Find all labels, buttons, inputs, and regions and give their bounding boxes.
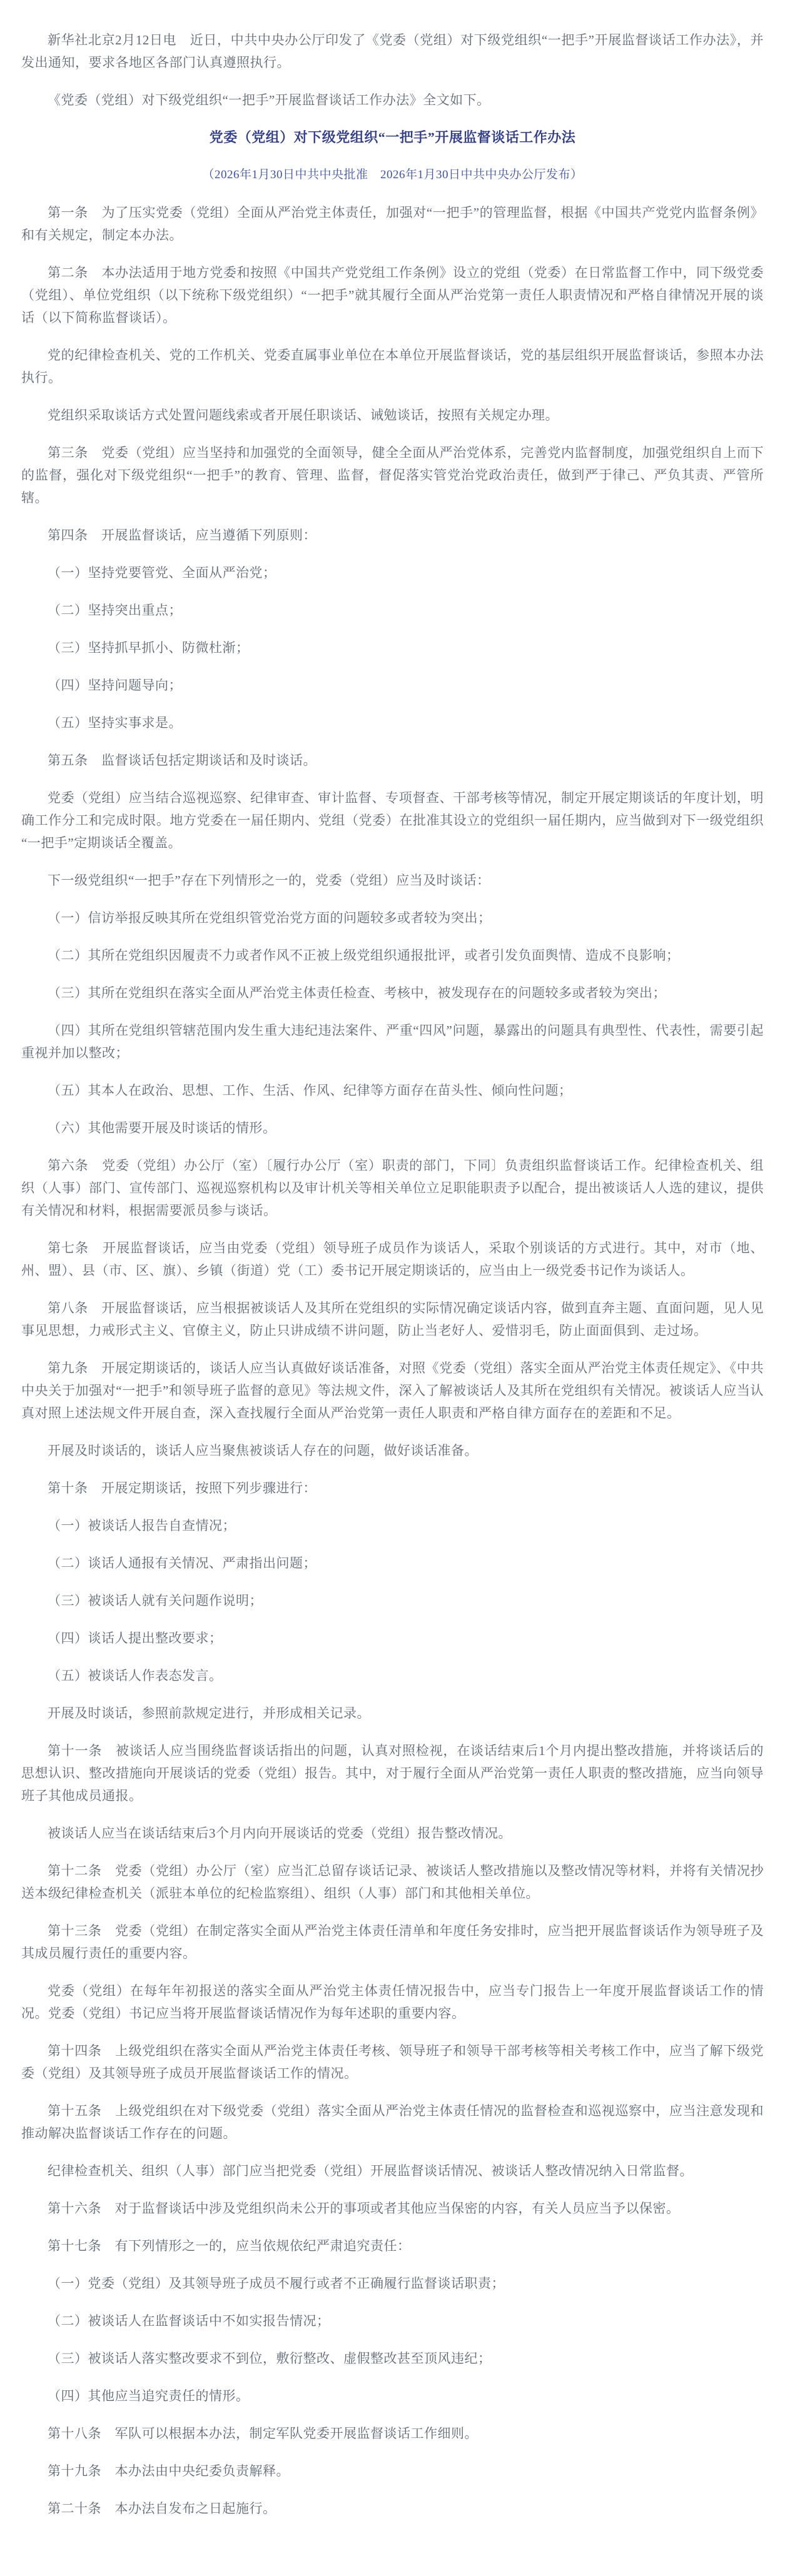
paragraph: （四）其他应当追究责任的情形。 <box>21 2385 764 2407</box>
paragraph: 开展及时谈话，参照前款规定进行，并形成相关记录。 <box>21 1702 764 1724</box>
paragraph: 第十条 开展定期谈话，按照下列步骤进行： <box>21 1477 764 1499</box>
paragraph: 党委（党组）应当结合巡视巡察、纪律审查、审计监督、专项督查、干部考核等情况，制定… <box>21 787 764 854</box>
paragraph: （二）其所在党组织因履责不力或者作风不正被上级党组织通报批评，或者引发负面舆情、… <box>21 944 764 967</box>
paragraph: 第四条 开展监督谈话，应当遵循下列原则： <box>21 524 764 546</box>
paragraph: 第二十条 本办法自发布之日起施行。 <box>21 2497 764 2520</box>
paragraph: 第三条 党委（党组）应当坚持和加强党的全面领导，健全全面从严治党体系，完善党内监… <box>21 441 764 509</box>
paragraph: 第十五条 上级党组织在对下级党委（党组）落实全面从严治党主体责任情况的监督检查和… <box>21 2100 764 2145</box>
article-body: 新华社北京2月12日电 近日，中共中央办公厅印发了《党委（党组）对下级党组织“一… <box>21 29 764 2520</box>
paragraph: （三）被谈话人就有关问题作说明； <box>21 1589 764 1612</box>
paragraph: 被谈话人应当在谈话结束后3个月内向开展谈话的党委（党组）报告整改情况。 <box>21 1822 764 1844</box>
paragraph: （六）其他需要开展及时谈话的情形。 <box>21 1117 764 1139</box>
paragraph: 第七条 开展监督谈话，应当由党委（党组）领导班子成员作为谈话人，采取个别谈话的方… <box>21 1237 764 1282</box>
paragraph: （三）被谈话人落实整改要求不到位，敷衍整改、虚假整改甚至顶风违纪； <box>21 2347 764 2370</box>
article-date-line: （2026年1月30日中共中央批准 2026年1月30日中共中央办公厅发布） <box>21 164 764 186</box>
paragraph: 开展及时谈话的，谈话人应当聚焦被谈话人存在的问题，做好谈话准备。 <box>21 1439 764 1462</box>
paragraph: （一）党委（党组）及其领导班子成员不履行或者不正确履行监督谈话职责； <box>21 2272 764 2295</box>
paragraph: 第十八条 军队可以根据本办法，制定军队党委开展监督谈话工作细则。 <box>21 2422 764 2445</box>
paragraph: 第十七条 有下列情形之一的，应当依规依纪严肃追究责任： <box>21 2235 764 2257</box>
paragraph: （四）其所在党组织管辖范围内发生重大违纪违法案件、严重“四风”问题，暴露出的问题… <box>21 1019 764 1064</box>
paragraph: 第十六条 对于监督谈话中涉及党组织尚未公开的事项或者其他应当保密的内容，有关人员… <box>21 2197 764 2220</box>
paragraph: （二）坚持突出重点； <box>21 599 764 621</box>
paragraph: （一）信访举报反映其所在党组织管党治党方面的问题较多或者较为突出； <box>21 907 764 929</box>
paragraph: 第十二条 党委（党组）办公厅（室）应当汇总留存谈话记录、被谈话人整改措施以及整改… <box>21 1859 764 1904</box>
paragraph: 第一条 为了压实党委（党组）全面从严治党主体责任，加强对“一把手”的管理监督，根… <box>21 201 764 246</box>
paragraph: （一）被谈话人报告自查情况； <box>21 1514 764 1537</box>
paragraph: （四）坚持问题导向； <box>21 674 764 697</box>
paragraph: （四）谈话人提出整改要求； <box>21 1627 764 1649</box>
paragraph: 下一级党组织“一把手”存在下列情形之一的，党委（党组）应当及时谈话： <box>21 869 764 892</box>
paragraph: 第九条 开展定期谈话的，谈话人应当认真做好谈话准备，对照《党委（党组）落实全面从… <box>21 1357 764 1424</box>
paragraph: 第八条 开展监督谈话，应当根据被谈话人及其所在党组织的实际情况确定谈话内容，做到… <box>21 1297 764 1342</box>
paragraph: （一）坚持党要管党、全面从严治党； <box>21 561 764 584</box>
paragraph: 第十三条 党委（党组）在制定落实全面从严治党主体责任清单和年度任务安排时，应当把… <box>21 1919 764 1965</box>
paragraph: （五）坚持实事求是。 <box>21 712 764 734</box>
paragraph: 纪律检查机关、组织（人事）部门应当把党委（党组）开展监督谈话情况、被谈话人整改情… <box>21 2160 764 2182</box>
article-page: 新华社北京2月12日电 近日，中共中央办公厅印发了《党委（党组）对下级党组织“一… <box>0 0 785 2576</box>
paragraph: （三）坚持抓早抓小、防微杜渐； <box>21 636 764 659</box>
paragraph: （二）谈话人通报有关情况、严肃指出问题； <box>21 1552 764 1574</box>
article-title: 党委（党组）对下级党组织“一把手”开展监督谈话工作办法 <box>21 126 764 149</box>
paragraph: 新华社北京2月12日电 近日，中共中央办公厅印发了《党委（党组）对下级党组织“一… <box>21 29 764 74</box>
paragraph: 《党委（党组）对下级党组织“一把手”开展监督谈话工作办法》全文如下。 <box>21 89 764 111</box>
paragraph: （五）被谈话人作表态发言。 <box>21 1664 764 1687</box>
paragraph: （五）其本人在政治、思想、工作、生活、作风、纪律等方面存在苗头性、倾向性问题； <box>21 1079 764 1102</box>
paragraph: 第六条 党委（党组）办公厅（室）〔履行办公厅（室）职责的部门，下同〕负责组织监督… <box>21 1154 764 1222</box>
paragraph: 第二条 本办法适用于地方党委和按照《中国共产党党组工作条例》设立的党组（党委）在… <box>21 261 764 329</box>
paragraph: 第十一条 被谈话人应当围绕监督谈话指出的问题，认真对照检视，在谈话结束后1个月内… <box>21 1739 764 1807</box>
paragraph: 第十九条 本办法由中央纪委负责解释。 <box>21 2460 764 2482</box>
paragraph: 党组织采取谈话方式处置问题线索或者开展任职谈话、诫勉谈话，按照有关规定办理。 <box>21 404 764 426</box>
paragraph: （二）被谈话人在监督谈话中不如实报告情况； <box>21 2310 764 2332</box>
paragraph: （三）其所在党组织在落实全面从严治党主体责任检查、考核中，被发现存在的问题较多或… <box>21 982 764 1004</box>
paragraph: 第十四条 上级党组织在落实全面从严治党主体责任考核、领导班子和领导干部考核等相关… <box>21 2040 764 2085</box>
paragraph: 第五条 监督谈话包括定期谈话和及时谈话。 <box>21 749 764 772</box>
paragraph: 党的纪律检查机关、党的工作机关、党委直属事业单位在本单位开展监督谈话，党的基层组… <box>21 344 764 389</box>
paragraph: 党委（党组）在每年年初报送的落实全面从严治党主体责任情况报告中，应当专门报告上一… <box>21 1980 764 2025</box>
